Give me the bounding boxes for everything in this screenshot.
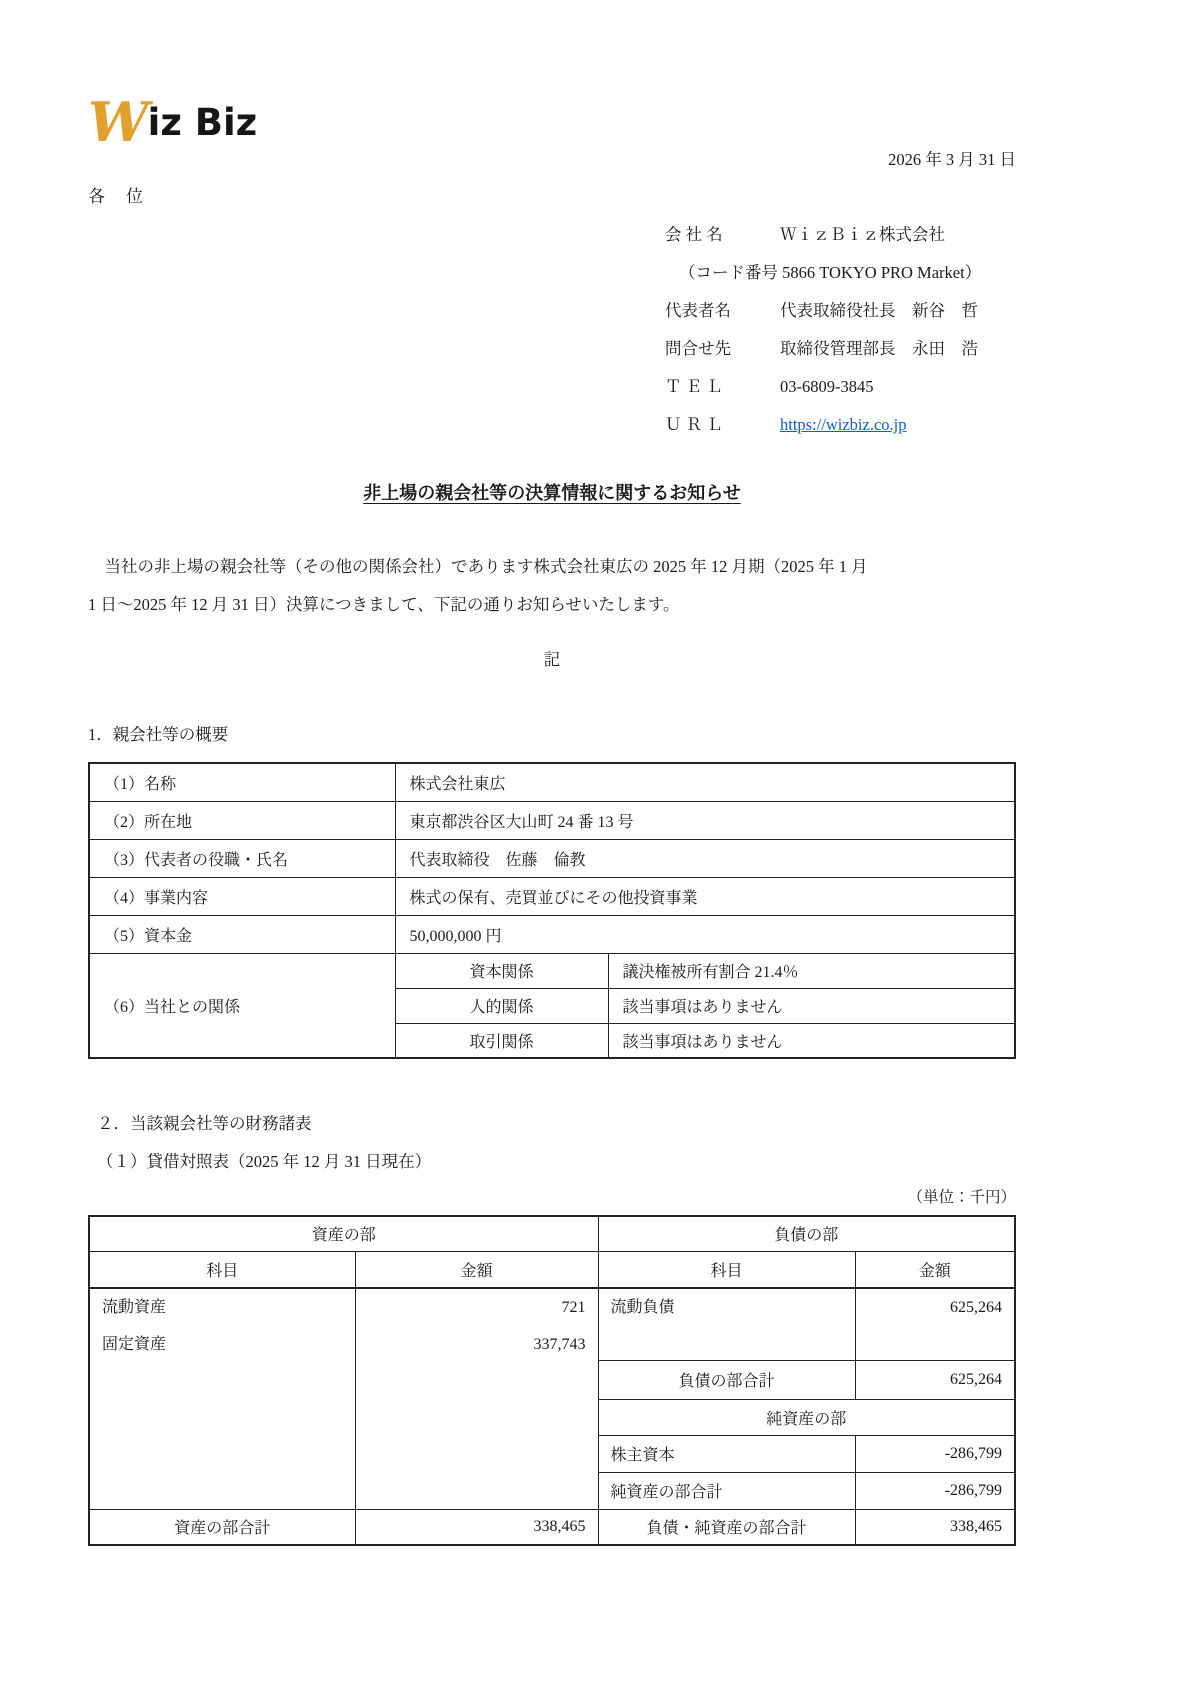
ki-marker: 記 bbox=[88, 646, 1016, 674]
company-name-label: 会 社 名 bbox=[665, 216, 780, 254]
bs-section-header-row: 資産の部 負債の部 bbox=[89, 1216, 1015, 1251]
bs-grand-total-amount: 338,465 bbox=[855, 1509, 1015, 1545]
overview-row-address: （2）所在地 東京都渋谷区大山町 24 番 13 号 bbox=[89, 801, 1015, 839]
tel-label: Ｔ Ｅ Ｌ bbox=[665, 368, 780, 406]
bs-grand-total-label: 負債・純資産の部合計 bbox=[598, 1509, 855, 1545]
bs-liabilities-total-label: 負債の部合計 bbox=[598, 1360, 855, 1399]
page-title-text: 非上場の親会社等の決算情報に関するお知らせ bbox=[363, 483, 740, 503]
overview-row-capital: （5）資本金 50,000,000 円 bbox=[89, 915, 1015, 953]
relation-personnel-value: 該当事項はありません bbox=[608, 988, 1015, 1023]
tel-value: 03-6809-3845 bbox=[780, 368, 1016, 406]
overview-relation-label: （6）当社との関係 bbox=[89, 953, 395, 1058]
company-name-value: ＷｉｚＢｉｚ株式会社 bbox=[780, 216, 1016, 254]
bs-liabilities-total-amount: 625,264 bbox=[855, 1360, 1015, 1399]
overview-table: （1）名称 株式会社東広 （2）所在地 東京都渋谷区大山町 24 番 13 号 … bbox=[88, 762, 1016, 1059]
balance-sheet-subheading: （１）貸借対照表（2025 年 12 月 31 日現在） bbox=[88, 1149, 1016, 1175]
page-title: 非上場の親会社等の決算情報に関するお知らせ bbox=[88, 478, 1016, 508]
bs-row-current-liabilities: 流動資産 固定資産 721 337,743 流動負債 625,264 bbox=[89, 1288, 1015, 1360]
contact-label: 問合せ先 bbox=[665, 330, 780, 368]
wizbiz-logo-w-glyph: W bbox=[88, 100, 147, 144]
overview-address-value: 東京都渋谷区大山町 24 番 13 号 bbox=[395, 801, 1015, 839]
bs-asset-current-label: 流動資産 bbox=[90, 1289, 355, 1326]
contact-row: 問合せ先 取締役管理部長 永田 浩 bbox=[665, 330, 1016, 368]
code-number-value: （コード番号 5866 TOKYO PRO Market） bbox=[665, 254, 1016, 292]
representative-value: 代表取締役社長 新谷 哲 bbox=[780, 292, 1016, 330]
section2-heading: ２．当該親会社等の財務諸表 bbox=[88, 1111, 1016, 1137]
recipient-line: 各 位 bbox=[88, 184, 1016, 210]
wizbiz-logo-text: iz Biz bbox=[148, 102, 258, 144]
url-row: Ｕ Ｒ Ｌ https://wizbiz.co.jp bbox=[665, 406, 1016, 444]
bs-col-item-left: 科目 bbox=[89, 1251, 355, 1288]
relation-transaction-value: 該当事項はありません bbox=[608, 1023, 1015, 1058]
document-date: 2026 年 3 月 31 日 bbox=[88, 148, 1016, 172]
relation-capital-value: 議決権被所有割合 21.4％ bbox=[608, 953, 1015, 988]
bs-shareholders-equity-amount: -286,799 bbox=[855, 1435, 1015, 1472]
bs-asset-current-amount: 721 bbox=[356, 1289, 598, 1326]
code-number-row: （コード番号 5866 TOKYO PRO Market） bbox=[665, 254, 1016, 292]
bs-current-liabilities-amount: 625,264 bbox=[855, 1288, 1015, 1360]
bs-assets-total-label: 資産の部合計 bbox=[89, 1509, 355, 1545]
url-label: Ｕ Ｒ Ｌ bbox=[665, 406, 780, 444]
bs-asset-fixed-amount: 337,743 bbox=[356, 1326, 598, 1363]
overview-row-representative: （3）代表者の役職・氏名 代表取締役 佐藤 倫教 bbox=[89, 839, 1015, 877]
document-page: W iz Biz 2026 年 3 月 31 日 各 位 会 社 名 ＷｉｚＢｉ… bbox=[0, 0, 1191, 1684]
bs-net-assets-total-label: 純資産の部合計 bbox=[598, 1472, 855, 1509]
bs-column-header-row: 科目 金額 科目 金額 bbox=[89, 1251, 1015, 1288]
contact-value: 取締役管理部長 永田 浩 bbox=[780, 330, 1016, 368]
overview-name-value: 株式会社東広 bbox=[395, 763, 1015, 801]
body-paragraph-line1: 当社の非上場の親会社等（その他の関係会社）であります株式会社東広の 2025 年… bbox=[88, 548, 1016, 586]
bs-liabilities-header: 負債の部 bbox=[598, 1216, 1015, 1251]
body-paragraph: 当社の非上場の親会社等（その他の関係会社）であります株式会社東広の 2025 年… bbox=[88, 548, 1016, 624]
overview-row-business: （4）事業内容 株式の保有、売買並びにその他投資事業 bbox=[89, 877, 1015, 915]
unit-note: （単位：千円） bbox=[88, 1187, 1016, 1209]
representative-row: 代表者名 代表取締役社長 新谷 哲 bbox=[665, 292, 1016, 330]
overview-representative-value: 代表取締役 佐藤 倫教 bbox=[395, 839, 1015, 877]
bs-col-amount-left: 金額 bbox=[355, 1251, 598, 1288]
bs-current-liabilities-label: 流動負債 bbox=[598, 1288, 855, 1360]
representative-label: 代表者名 bbox=[665, 292, 780, 330]
url-value: https://wizbiz.co.jp bbox=[780, 406, 1016, 444]
overview-relation-row-capital: （6）当社との関係 資本関係 議決権被所有割合 21.4％ bbox=[89, 953, 1015, 988]
bs-row-grand-total: 資産の部合計 338,465 負債・純資産の部合計 338,465 bbox=[89, 1509, 1015, 1545]
company-info-block: 会 社 名 ＷｉｚＢｉｚ株式会社 （コード番号 5866 TOKYO PRO M… bbox=[665, 216, 1016, 444]
overview-capital-value: 50,000,000 円 bbox=[395, 915, 1015, 953]
company-name-row: 会 社 名 ＷｉｚＢｉｚ株式会社 bbox=[665, 216, 1016, 254]
bs-assets-items-cell: 流動資産 固定資産 bbox=[89, 1288, 355, 1509]
page-content: W iz Biz 2026 年 3 月 31 日 各 位 会 社 名 ＷｉｚＢｉ… bbox=[88, 92, 1016, 1546]
overview-business-label: （4）事業内容 bbox=[89, 877, 395, 915]
overview-business-value: 株式の保有、売買並びにその他投資事業 bbox=[395, 877, 1015, 915]
bs-assets-total-amount: 338,465 bbox=[355, 1509, 598, 1545]
overview-row-name: （1）名称 株式会社東広 bbox=[89, 763, 1015, 801]
relation-capital-label: 資本関係 bbox=[395, 953, 608, 988]
overview-representative-label: （3）代表者の役職・氏名 bbox=[89, 839, 395, 877]
bs-asset-fixed-label: 固定資産 bbox=[90, 1326, 355, 1363]
overview-address-label: （2）所在地 bbox=[89, 801, 395, 839]
bs-assets-header: 資産の部 bbox=[89, 1216, 598, 1251]
body-paragraph-line2: 1 日～2025 年 12 月 31 日）決算につきまして、下記の通りお知らせい… bbox=[88, 586, 1016, 624]
bs-net-assets-header: 純資産の部 bbox=[598, 1399, 1015, 1435]
bs-shareholders-equity-label: 株主資本 bbox=[598, 1435, 855, 1472]
balance-sheet-table: 資産の部 負債の部 科目 金額 科目 金額 流動資産 固定資産 721 337,… bbox=[88, 1215, 1016, 1546]
wizbiz-logo: W iz Biz bbox=[88, 92, 1016, 144]
company-url-link[interactable]: https://wizbiz.co.jp bbox=[780, 415, 906, 434]
relation-personnel-label: 人的関係 bbox=[395, 988, 608, 1023]
bs-net-assets-total-amount: -286,799 bbox=[855, 1472, 1015, 1509]
bs-col-amount-right: 金額 bbox=[855, 1251, 1015, 1288]
bs-assets-amounts-cell: 721 337,743 bbox=[355, 1288, 598, 1509]
overview-capital-label: （5）資本金 bbox=[89, 915, 395, 953]
tel-row: Ｔ Ｅ Ｌ 03-6809-3845 bbox=[665, 368, 1016, 406]
relation-transaction-label: 取引関係 bbox=[395, 1023, 608, 1058]
section1-heading: 1．親会社等の概要 bbox=[88, 722, 1016, 748]
bs-col-item-right: 科目 bbox=[598, 1251, 855, 1288]
overview-name-label: （1）名称 bbox=[89, 763, 395, 801]
